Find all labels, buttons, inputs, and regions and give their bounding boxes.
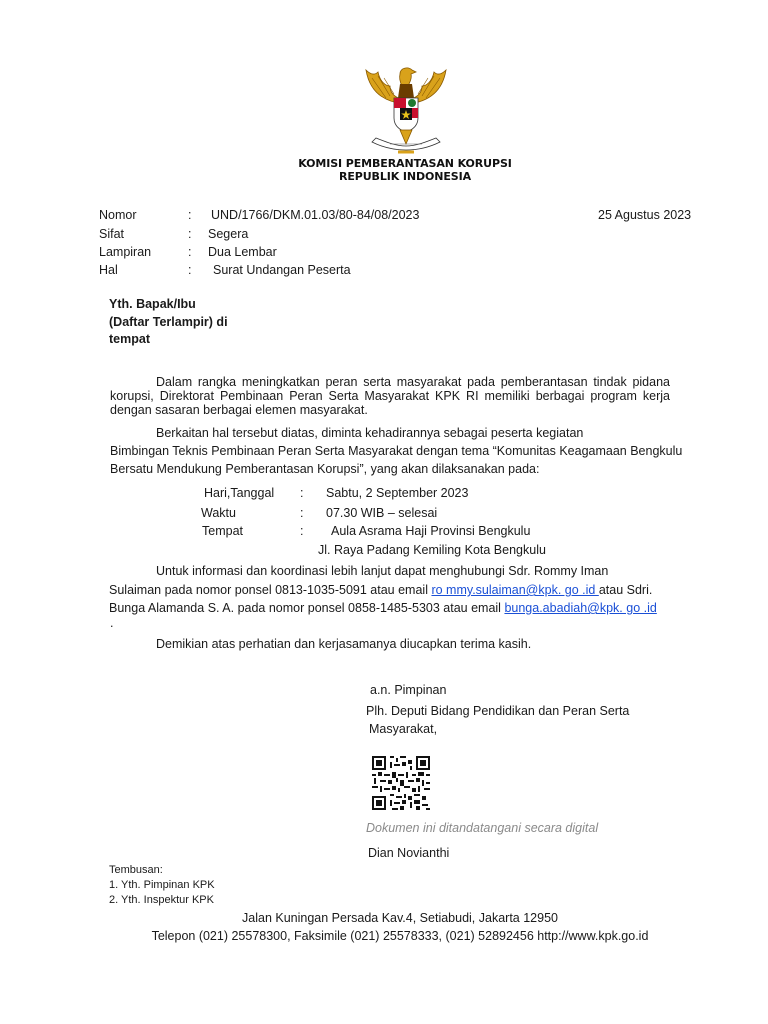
body-paragraph-2-line1: Berkaitan hal tersebut diatas, diminta k… xyxy=(156,426,583,440)
field-colon: : xyxy=(188,227,191,241)
body-paragraph-1: Dalam rangka meningkatkan peran serta ma… xyxy=(110,375,670,417)
schedule-value-date: Sabtu, 2 September 2023 xyxy=(326,486,468,500)
signature-title-line2: Masyarakat, xyxy=(369,722,437,736)
field-value-hal: Surat Undangan Peserta xyxy=(213,263,351,277)
recipient-line3: tempat xyxy=(109,332,150,346)
schedule-colon: : xyxy=(300,524,303,538)
schedule-colon: : xyxy=(300,506,303,520)
schedule-label-time: Waktu xyxy=(201,506,236,520)
qr-code-icon[interactable] xyxy=(372,756,430,810)
schedule-label-place: Tempat xyxy=(202,524,243,538)
field-value-lampiran: Dua Lembar xyxy=(208,245,277,259)
footer-address: Jalan Kuningan Persada Kav.4, Setiabudi,… xyxy=(100,911,700,925)
schedule-value-place-line2: Jl. Raya Padang Kemiling Kota Bengkulu xyxy=(318,543,546,557)
email-link-rommy[interactable]: ro mmy.sulaiman@kpk. go .id xyxy=(431,583,598,597)
body-paragraph-2-line2: Bimbingan Teknis Pembinaan Peran Serta M… xyxy=(110,444,682,458)
signatory-name: Dian Novianthi xyxy=(368,846,449,860)
contact-line1: Untuk informasi dan koordinasi lebih lan… xyxy=(156,564,608,578)
org-name-line1: KOMISI PEMBERANTASAN KORUPSI xyxy=(290,157,520,170)
schedule-label-date: Hari,Tanggal xyxy=(204,486,274,500)
garuda-emblem-icon xyxy=(356,64,456,158)
cc-title: Tembusan: xyxy=(109,864,163,876)
body-paragraph-1-text: Dalam rangka meningkatkan peran serta ma… xyxy=(110,375,670,417)
closing-text: Demikian atas perhatian dan kerjasamanya… xyxy=(156,637,531,651)
body-paragraph-2-line3: Bersatu Mendukung Pemberantasan Korupsi”… xyxy=(110,462,539,476)
digital-signature-note: Dokumen ini ditandatangani secara digita… xyxy=(366,821,598,835)
org-name-line2: REPUBLIK INDONESIA xyxy=(290,170,520,183)
signature-on-behalf: a.n. Pimpinan xyxy=(370,683,446,697)
signature-title-line1: Plh. Deputi Bidang Pendidikan dan Peran … xyxy=(366,704,629,718)
field-value-sifat: Segera xyxy=(208,227,248,241)
field-label-lampiran: Lampiran xyxy=(99,245,151,259)
footer-contact: Telepon (021) 25578300, Faksimile (021) … xyxy=(100,929,700,943)
field-colon: : xyxy=(188,245,191,259)
field-colon: : xyxy=(188,208,191,222)
recipient-line1: Yth. Bapak/Ibu xyxy=(109,297,196,311)
field-label-sifat: Sifat xyxy=(99,227,124,241)
schedule-colon: : xyxy=(300,486,303,500)
contact-line2-post: atau Sdri. xyxy=(599,583,653,597)
contact-line4: . xyxy=(110,616,113,630)
letter-date: 25 Agustus 2023 xyxy=(598,208,691,222)
recipient-line2: (Daftar Terlampir) di xyxy=(109,315,228,329)
cc-item-2: 2. Yth. Inspektur KPK xyxy=(109,894,214,906)
field-label-nomor: Nomor xyxy=(99,208,137,222)
contact-line2: Sulaiman pada nomor ponsel 0813-1035-509… xyxy=(109,583,652,597)
field-label-hal: Hal xyxy=(99,263,118,277)
schedule-value-place: Aula Asrama Haji Provinsi Bengkulu xyxy=(331,524,530,538)
cc-item-1: 1. Yth. Pimpinan KPK xyxy=(109,879,215,891)
contact-line3-pre: Bunga Alamanda S. A. pada nomor ponsel 0… xyxy=(109,601,504,615)
field-value-nomor: UND/1766/DKM.01.03/80-84/08/2023 xyxy=(211,208,419,222)
email-link-bunga[interactable]: bunga.abadiah@kpk. go .id xyxy=(504,601,656,615)
contact-line3: Bunga Alamanda S. A. pada nomor ponsel 0… xyxy=(109,601,657,615)
field-colon: : xyxy=(188,263,191,277)
schedule-value-time: 07.30 WIB – selesai xyxy=(326,506,437,520)
contact-line2-pre: Sulaiman pada nomor ponsel 0813-1035-509… xyxy=(109,583,431,597)
